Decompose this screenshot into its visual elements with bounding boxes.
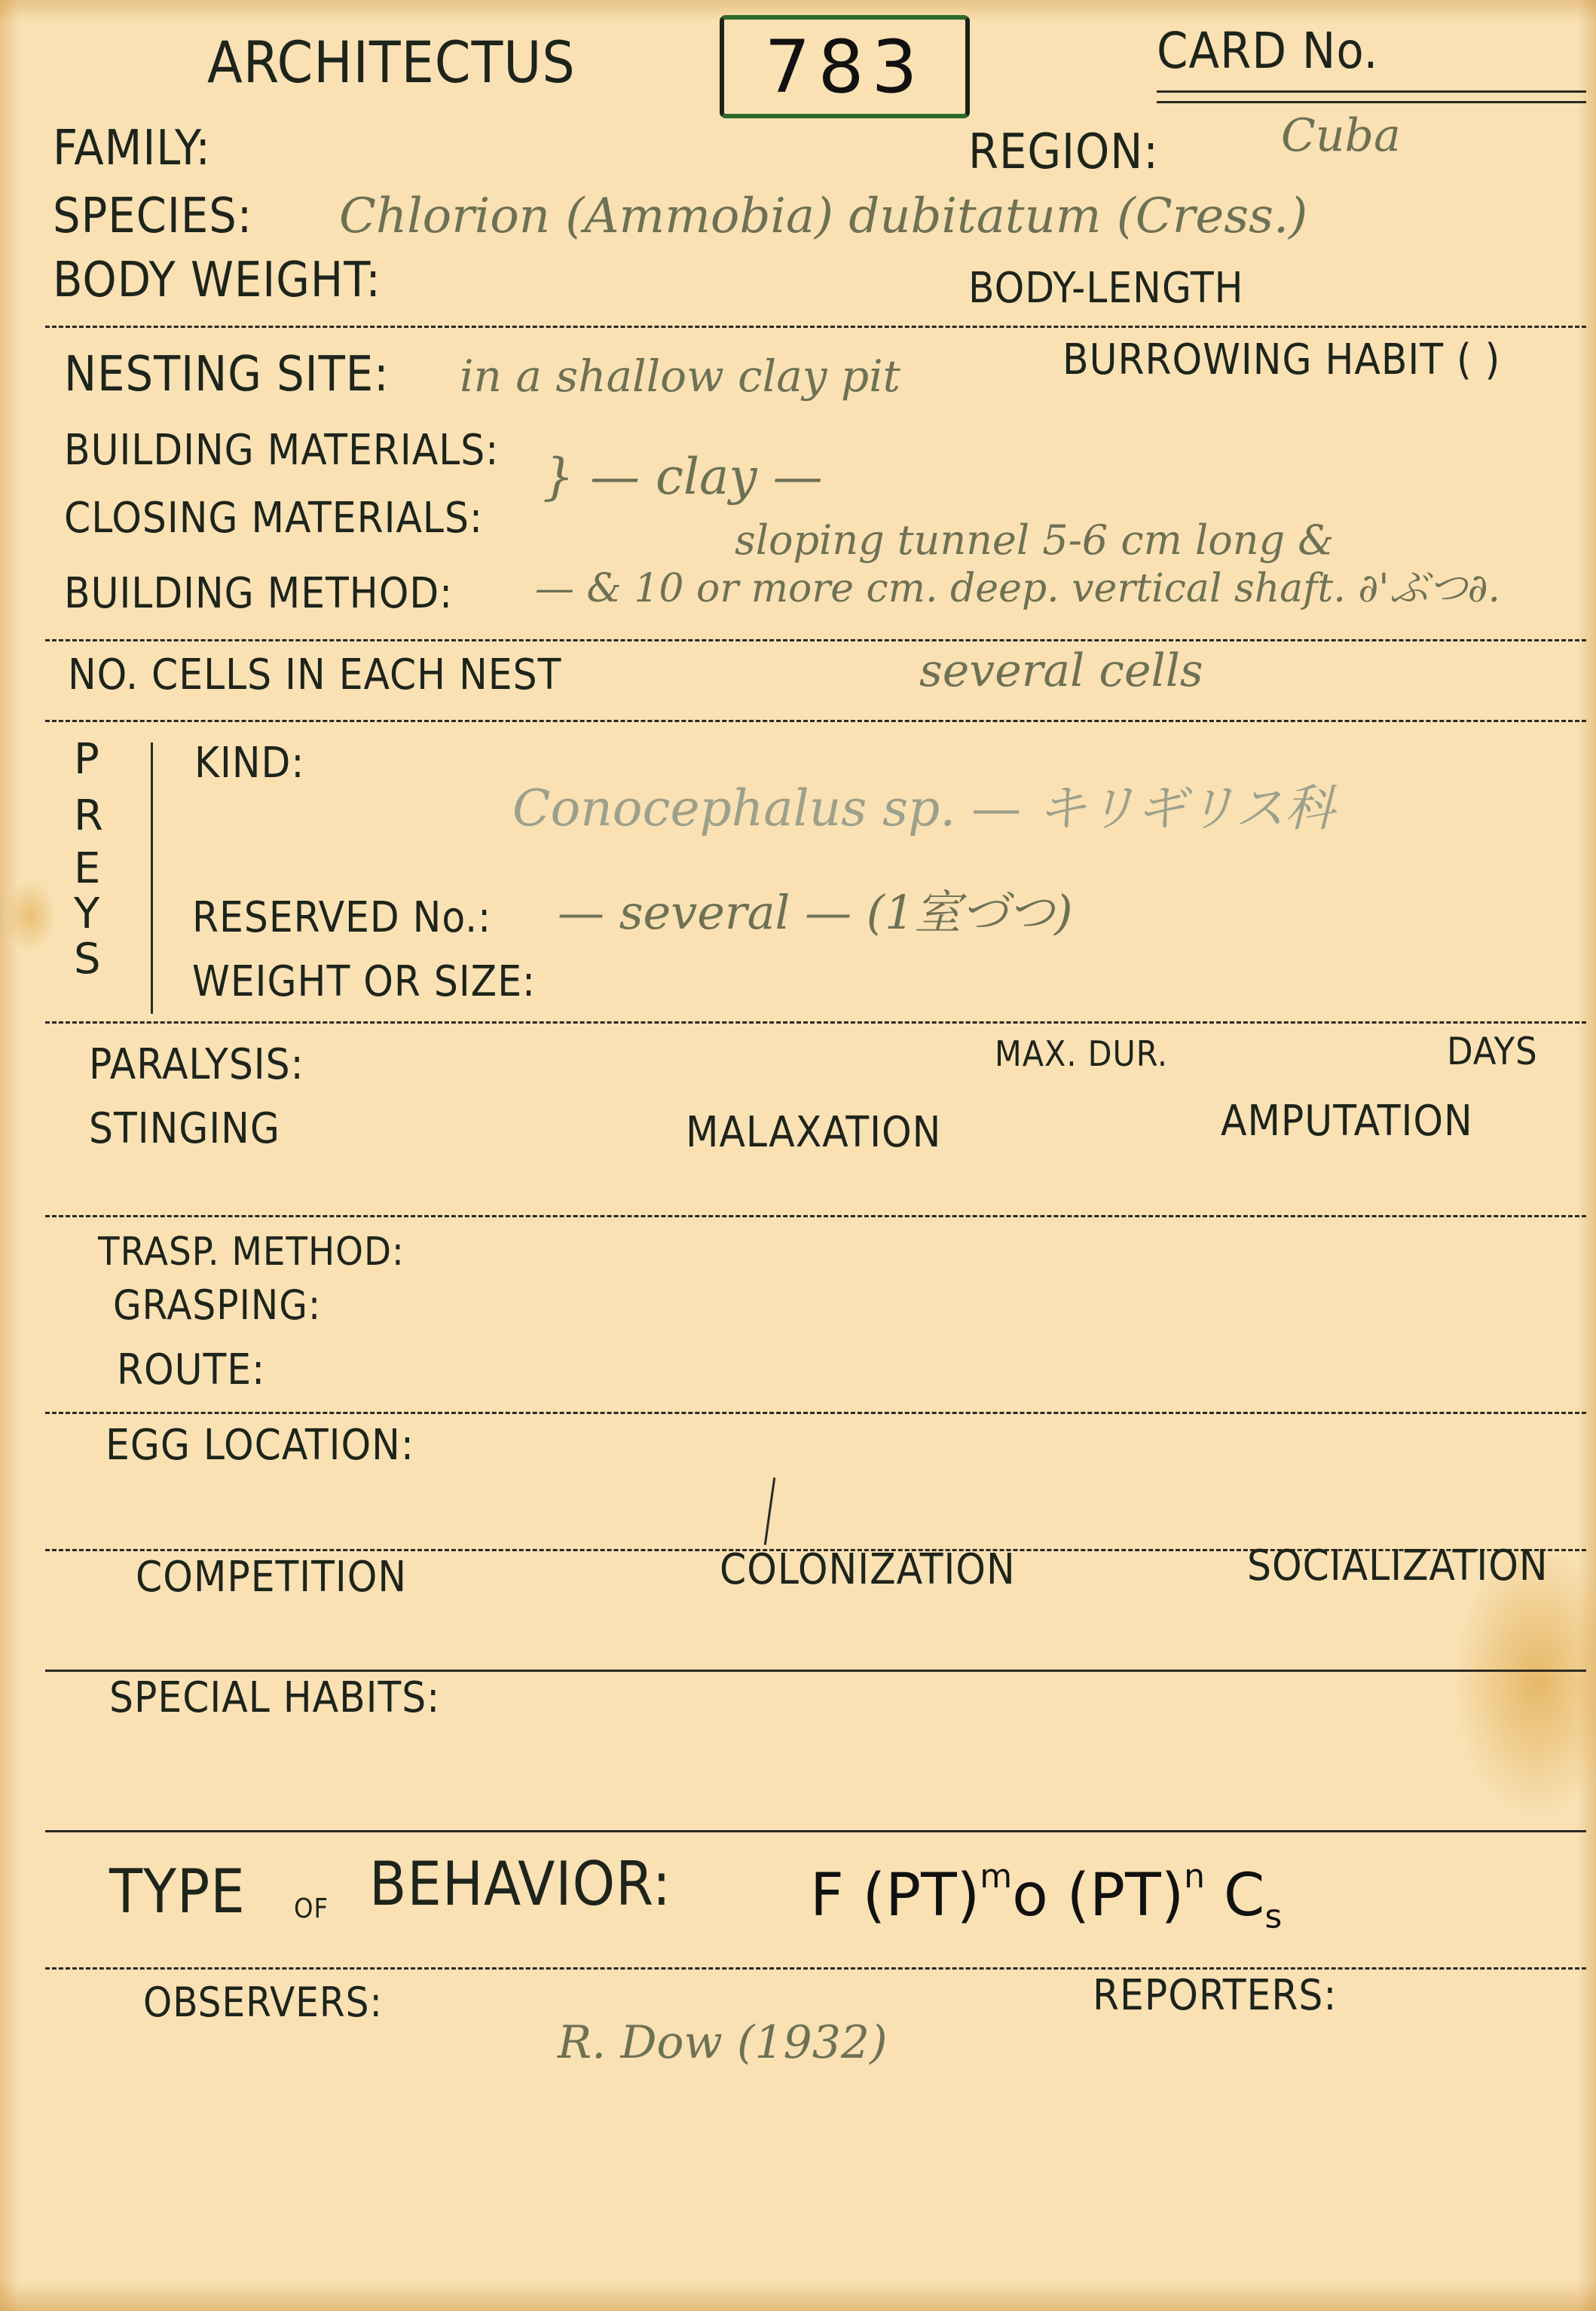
behavior-label-behavior: BEHAVIOR: [369,1854,671,1915]
family-label: FAMILY: [53,124,211,173]
body-weight-label: BODY WEIGHT: [53,256,381,305]
region-value: Cuba [1281,113,1401,158]
pencil-tick-mark [764,1477,775,1545]
divider [45,326,1586,328]
preys-letter: P [74,735,99,784]
observers-value: R. Dow (1932) [558,2020,888,2065]
transport-method-label: TRASP. METHOD: [98,1232,405,1272]
prey-reserved-label: RESERVED No.: [192,897,491,939]
divider [45,1967,1586,1970]
divider [45,720,1586,722]
formula-exp-n: n [1184,1857,1205,1896]
nesting-site-label: NESTING SITE: [64,350,390,399]
formula-f: F [810,1862,844,1930]
record-number: 783 [764,25,925,109]
species-label: SPECIES: [53,192,252,240]
formula-exp-m: m [980,1857,1012,1896]
days-label: DAYS [1447,1033,1538,1070]
prey-weight-label: WEIGHT OR SIZE: [192,961,536,1003]
paralysis-label: PARALYSIS: [89,1044,304,1086]
grasping-label: GRASPING: [113,1285,321,1326]
preys-letter: Y [74,889,99,938]
index-card: ARCHITECTUS 783 CARD No. FAMILY: REGION:… [0,0,1596,2311]
formula-sub-s: s [1264,1898,1282,1936]
burrowing-habit-label: BURROWING HABIT ( ) [1062,339,1500,381]
building-method-line2: — & 10 or more cm. deep. vertical shaft.… [535,569,1500,608]
species-value: Chlorion (Ammobia) dubitatum (Cress.) [339,192,1307,240]
behavior-formula: F (PT)mo (PT)n Cs [810,1862,1282,1936]
cells-value: several cells [919,648,1203,693]
max-dur-label: MAX. DUR. [995,1036,1168,1071]
series-title: ARCHITECTUS [207,34,576,91]
cells-label: NO. CELLS IN EACH NEST [68,654,561,696]
building-method-line1: sloping tunnel 5-6 cm long & [735,520,1334,561]
divider [45,1670,1586,1672]
card-no-label: CARD No. [1157,26,1378,76]
behavior-label-type: TYPE [109,1862,246,1922]
formula-o: o [1012,1862,1048,1930]
region-label: REGION: [968,128,1159,176]
divider [45,639,1586,641]
prey-reserved-value: — several — (1室づつ) [558,889,1073,936]
prey-kind-label: KIND: [194,742,304,785]
special-habits-label: SPECIAL HABITS: [109,1677,440,1719]
socialization-label: SOCIALIZATION [1247,1545,1549,1587]
stinging-label: STINGING [89,1108,280,1150]
body-length-label: BODY-LENGTH [968,268,1244,310]
prey-kind-value: Conocephalus sp. — キリギリス科 [512,784,1335,834]
card-no-underline-2 [1157,101,1586,103]
egg-location-label: EGG LOCATION: [105,1425,414,1467]
building-method-label: BUILDING METHOD: [64,573,453,615]
divider [45,1412,1586,1414]
divider [45,1215,1586,1217]
building-materials-label: BUILDING MATERIALS: [64,430,499,472]
preys-letter: E [74,844,100,893]
preys-letter: S [74,935,101,984]
divider [45,1021,1586,1024]
preys-letter: R [74,791,103,840]
formula-pt: (PT) [863,1862,980,1930]
amputation-label: AMPUTATION [1221,1100,1473,1143]
observers-label: OBSERVERS: [143,1982,383,2023]
record-number-box: 783 [720,15,970,118]
preys-divider [151,742,153,1014]
reporters-label: REPORTERS: [1093,1975,1337,2017]
formula-c: C [1224,1862,1264,1930]
formula-pt: (PT) [1067,1862,1185,1930]
closing-materials-label: CLOSING MATERIALS: [64,497,483,540]
divider [45,1830,1586,1832]
malaxation-label: MALAXATION [686,1112,941,1154]
behavior-label-of: OF [294,1896,329,1923]
route-label: ROUTE: [117,1349,265,1391]
card-no-underline [1157,90,1586,93]
materials-value: } — clay — [543,452,823,502]
colonization-label: COLONIZATION [720,1549,1016,1591]
nesting-site-value: in a shallow clay pit [460,354,900,398]
competition-label: COMPETITION [136,1556,407,1599]
